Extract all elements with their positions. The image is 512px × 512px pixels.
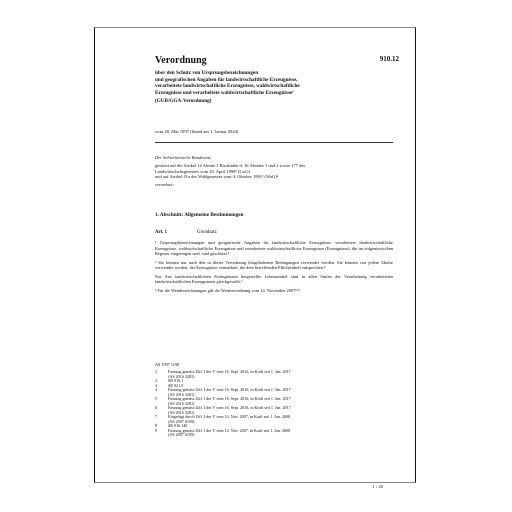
subtitle-line: und geografischen Angaben für landwirtsc…: [155, 77, 300, 84]
subtitle-line: über den Schutz von Ursprungsbezeichnung…: [155, 70, 300, 77]
preamble: Der Schweizerische Bundesrat, gestützt a…: [155, 155, 305, 188]
subtitle-line: verarbeitete landwirtschaftliche Erzeugn…: [155, 83, 300, 90]
article-title: Grundsatz: [197, 230, 217, 235]
footnote-text: Fassung gemäss Ziff. I der V vom 14. Nov…: [168, 429, 290, 438]
as-reference: AS 1997 1198: [155, 362, 179, 367]
preamble-basis-line: gestützt auf die Artikel 14 Absatz 1 Buc…: [155, 163, 305, 169]
paragraph: ² Sie können nur nach den in dieser Vero…: [155, 260, 393, 271]
paragraph: ¹ Ursprungsbezeichnungen und geografisch…: [155, 240, 393, 257]
document-page: Verordnung 910.12 über den Schutz von Ur…: [94, 27, 416, 483]
document-abbreviation: (GUB/GGA-Verordnung): [155, 98, 212, 104]
paragraph: ²bis Aus landwirtschaftlichen Erzeugniss…: [155, 274, 393, 285]
sr-number: 910.12: [380, 55, 399, 63]
page-indicator: 1 / 20: [373, 484, 383, 489]
footnote-number: 9: [155, 429, 168, 438]
preamble-verb: verordnet:: [155, 182, 305, 188]
document-title: Verordnung: [155, 55, 207, 66]
section-heading: 1. Abschnitt: Allgemeine Bestimmungen: [155, 212, 243, 218]
article-paragraphs: ¹ Ursprungsbezeichnungen und geografisch…: [155, 240, 393, 296]
footnote: 1Fassung gemäss Ziff. I der V vom 16. Se…: [155, 370, 395, 379]
article-number: Art. 1: [155, 230, 197, 235]
date-line: vom 28. Mai 1997 (Stand am 1. Januar 202…: [155, 129, 238, 134]
footnotes: 1Fassung gemäss Ziff. I der V vom 16. Se…: [155, 370, 395, 438]
separator-line: [155, 142, 393, 143]
footnote: 7Eingefügt durch Ziff. I der V vom 14. N…: [155, 415, 395, 424]
footnote-text: Fassung gemäss Ziff. I der V vom 16. Sep…: [168, 370, 291, 379]
paragraph: ³ Für die Weinbezeichnungen gilt die Wei…: [155, 288, 393, 294]
document-subtitle: über den Schutz von Ursprungsbezeichnung…: [155, 70, 300, 96]
article-heading: Art. 1Grundsatz: [155, 230, 217, 235]
subtitle-line: Erzeugnisse und verarbeitete waldwirtsch…: [155, 90, 300, 97]
footnote: 9Fassung gemäss Ziff. I der V vom 14. No…: [155, 429, 395, 438]
